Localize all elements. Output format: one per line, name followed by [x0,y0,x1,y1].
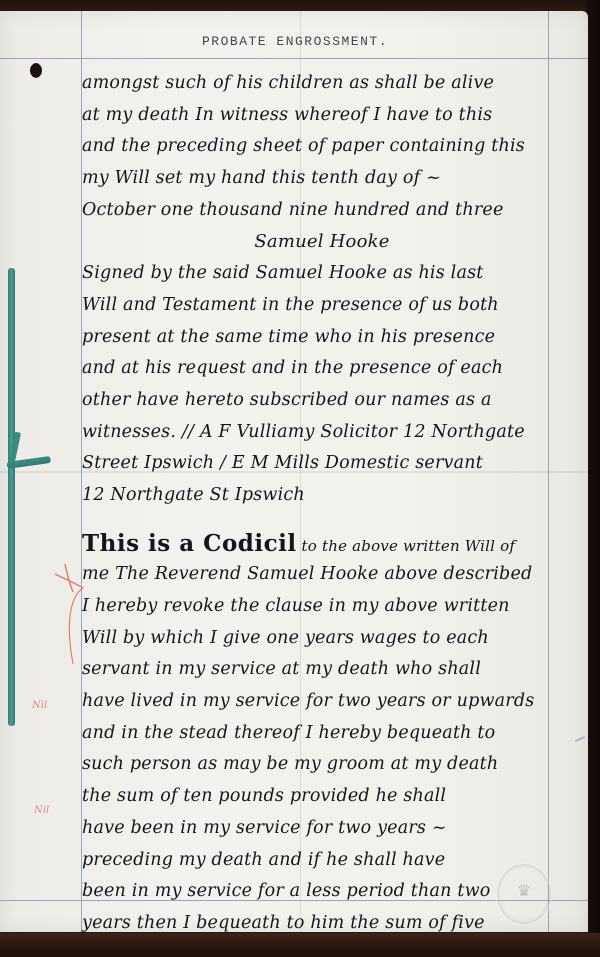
crown-icon: ♛ [498,881,550,900]
text-fragment: to the above written Will of [297,537,516,555]
codicil-line: the sum of ten pounds provided he shall [82,781,562,813]
background-right-edge [586,0,600,957]
codicil-heading: This is a Codicil [82,530,297,557]
codicil-line: years then I bequeath to him the sum of … [82,908,562,940]
text-line: Signed by the said Samuel Hooke as his l… [82,258,562,290]
text-line: other have hereto subscribed our names a… [82,385,562,417]
codicil-line: have lived in my service for two years o… [82,686,562,718]
page-header-title: PROBATE ENGROSSMENT. [70,34,520,49]
codicil-line: preceding my death and if he shall have [82,845,562,877]
codicil-heading-line: This is a Codicil to the above written W… [82,528,562,560]
will-text: amongst such of his children as shall be… [82,68,562,940]
codicil-line: servant in my service at my death who sh… [82,654,562,686]
margin-note-2: Nil [34,805,49,816]
testator-signature: Samuel Hooke [82,226,562,258]
witness-line: Street Ipswich / E M Mills Domestic serv… [82,448,562,480]
codicil-line: I hereby revoke the clause in my above w… [82,591,562,623]
embossed-stamp-seal: ♛ [497,864,551,924]
codicil-line: have been in my service for two years ~ [82,813,562,845]
text-line: and at his request and in the presence o… [82,353,562,385]
text-line: at my death In witness whereof I have to… [82,100,562,132]
text-line: present at the same time who in his pres… [82,322,562,354]
witness-line: 12 Northgate St Ipswich [82,480,562,512]
codicil-line: Will by which I give one years wages to … [82,623,562,655]
witness-line: witnesses. // A F Vulliamy Solicitor 12 … [82,417,562,449]
codicil-line: been in my service for a less period tha… [82,876,562,908]
text-line: Will and Testament in the presence of us… [82,290,562,322]
punch-hole [30,63,43,78]
red-cross-mark-icon [51,560,85,670]
codicil-line: such person as may be my groom at my dea… [82,749,562,781]
text-line: amongst such of his children as shall be… [82,68,562,100]
text-line: and the preceding sheet of paper contain… [82,131,562,163]
binding-ribbon [8,268,15,726]
margin-note-1: Nil [32,700,47,711]
text-line: October one thousand nine hundred and th… [82,195,562,227]
codicil-line: and in the stead thereof I hereby bequea… [82,718,562,750]
codicil-line: me The Reverend Samuel Hooke above descr… [82,559,562,591]
header-rule [0,58,588,59]
text-line: my Will set my hand this tenth day of ~ [82,163,562,195]
